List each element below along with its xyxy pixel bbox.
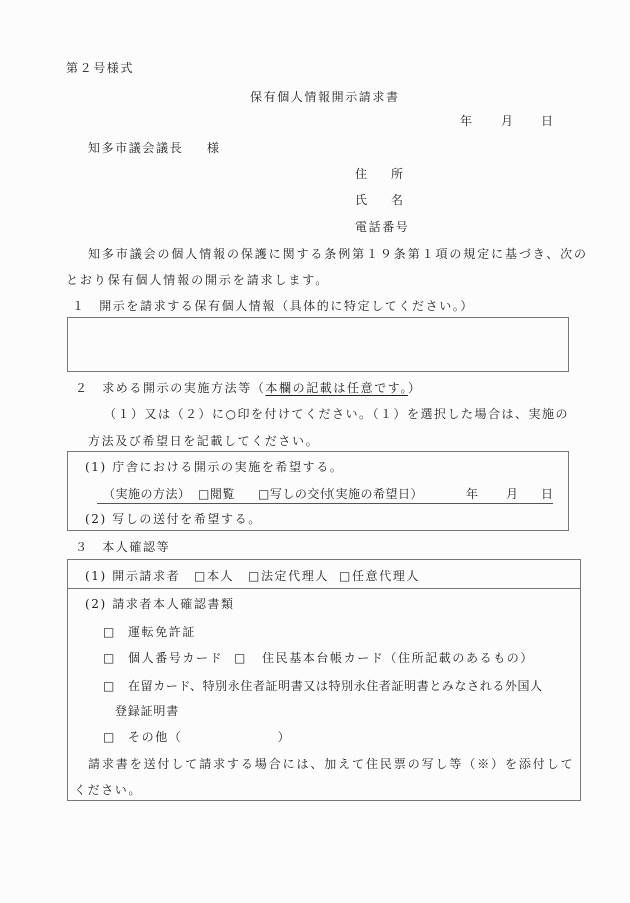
preferred-date-month[interactable]: 月 <box>506 487 520 501</box>
method-row-underline <box>97 503 553 504</box>
option-copy-mailing[interactable]: (2) 写しの送付を希望する。 <box>85 512 262 526</box>
addressee-name: 知多市議会議長 <box>88 141 183 155</box>
date-month-label: 月 <box>501 114 515 128</box>
requester-type-self[interactable]: □本人 <box>194 569 234 583</box>
doc-label-other[interactable]: その他（ ） <box>128 730 291 744</box>
doc-checkbox-residence-card[interactable]: □ <box>103 679 116 693</box>
preferred-date-year[interactable]: 年 <box>466 487 480 501</box>
page-title: 保有個人情報開示請求書 <box>250 90 400 104</box>
intro-line-1: 知多市議会の個人情報の保護に関する条例第１９条第１項の規定に基づき、次の <box>88 247 588 261</box>
name-label: 氏 名 <box>355 193 403 207</box>
method-option-copy-delivery[interactable]: □写しの交付 <box>258 487 332 501</box>
doc-label-resident-registry-card: 住民基本台帳カード（住所記載のあるもの） <box>262 651 534 665</box>
doc-label-residence-card-cont: 登録証明書 <box>115 704 179 718</box>
section2-instruction-2: 方法及び希望日を記載してください。 <box>88 434 319 448</box>
doc-checkbox-resident-registry-card[interactable]: □ <box>234 651 247 665</box>
method-label: （実施の方法） <box>103 487 191 501</box>
section2-heading: ２ 求める開示の実施方法等（本欄の記載は任意です。） <box>75 381 422 395</box>
requester-type-legal-agent[interactable]: □法定代理人 <box>248 569 329 583</box>
requester-type-label: (1) 開示請求者 <box>85 569 180 583</box>
option-office-disclosure[interactable]: (1) 庁舎における開示の実施を希望する。 <box>85 460 343 474</box>
mailing-note-line-1: 請求書を送付して請求する場合には、加えて住民票の写し等（※）を添付して <box>88 757 575 771</box>
doc-label-my-number-card: 個人番号カード <box>128 651 223 665</box>
id-documents-label: (2) 請求者本人確認書類 <box>85 597 235 611</box>
intro-line-2: とおり保有個人情報の開示を請求します。 <box>66 273 329 287</box>
doc-checkbox-drivers-license[interactable]: □ <box>103 625 116 639</box>
identity-box-divider <box>67 588 581 589</box>
section2-heading-optional-note: 本欄の記載は任意です。 <box>265 381 408 395</box>
requested-info-field[interactable] <box>67 317 569 372</box>
doc-label-residence-card: 在留カード、特別永住者証明書又は特別永住者証明書とみなされる外国人 <box>128 679 543 693</box>
date-year-label: 年 <box>460 114 474 128</box>
method-option-viewing[interactable]: □閲覧 <box>198 487 235 501</box>
section1-heading: １ 開示を請求する保有個人情報（具体的に特定してください。） <box>72 299 474 313</box>
doc-label-drivers-license: 運転免許証 <box>128 625 196 639</box>
address-label: 住 所 <box>355 167 403 181</box>
phone-label: 電話番号 <box>355 220 409 234</box>
date-day-label: 日 <box>541 114 555 128</box>
section2-heading-suffix: ） <box>408 381 422 395</box>
preferred-date-label: （実施の希望日） <box>323 487 423 501</box>
mailing-note-line-2: ください。 <box>74 783 142 797</box>
section3-heading: ３ 本人確認等 <box>75 540 170 554</box>
form-number: 第２号様式 <box>66 61 134 75</box>
addressee-honorific: 様 <box>207 141 221 155</box>
requester-type-voluntary-agent[interactable]: □任意代理人 <box>339 569 420 583</box>
preferred-date-day[interactable]: 日 <box>541 487 555 501</box>
doc-checkbox-other[interactable]: □ <box>103 730 116 744</box>
section2-instruction-1: （１）又は（２）に○印を付けてください。（１）を選択した場合は、実施の <box>104 407 569 421</box>
doc-checkbox-my-number-card[interactable]: □ <box>103 651 116 665</box>
section2-heading-prefix: ２ 求める開示の実施方法等（ <box>75 381 265 395</box>
